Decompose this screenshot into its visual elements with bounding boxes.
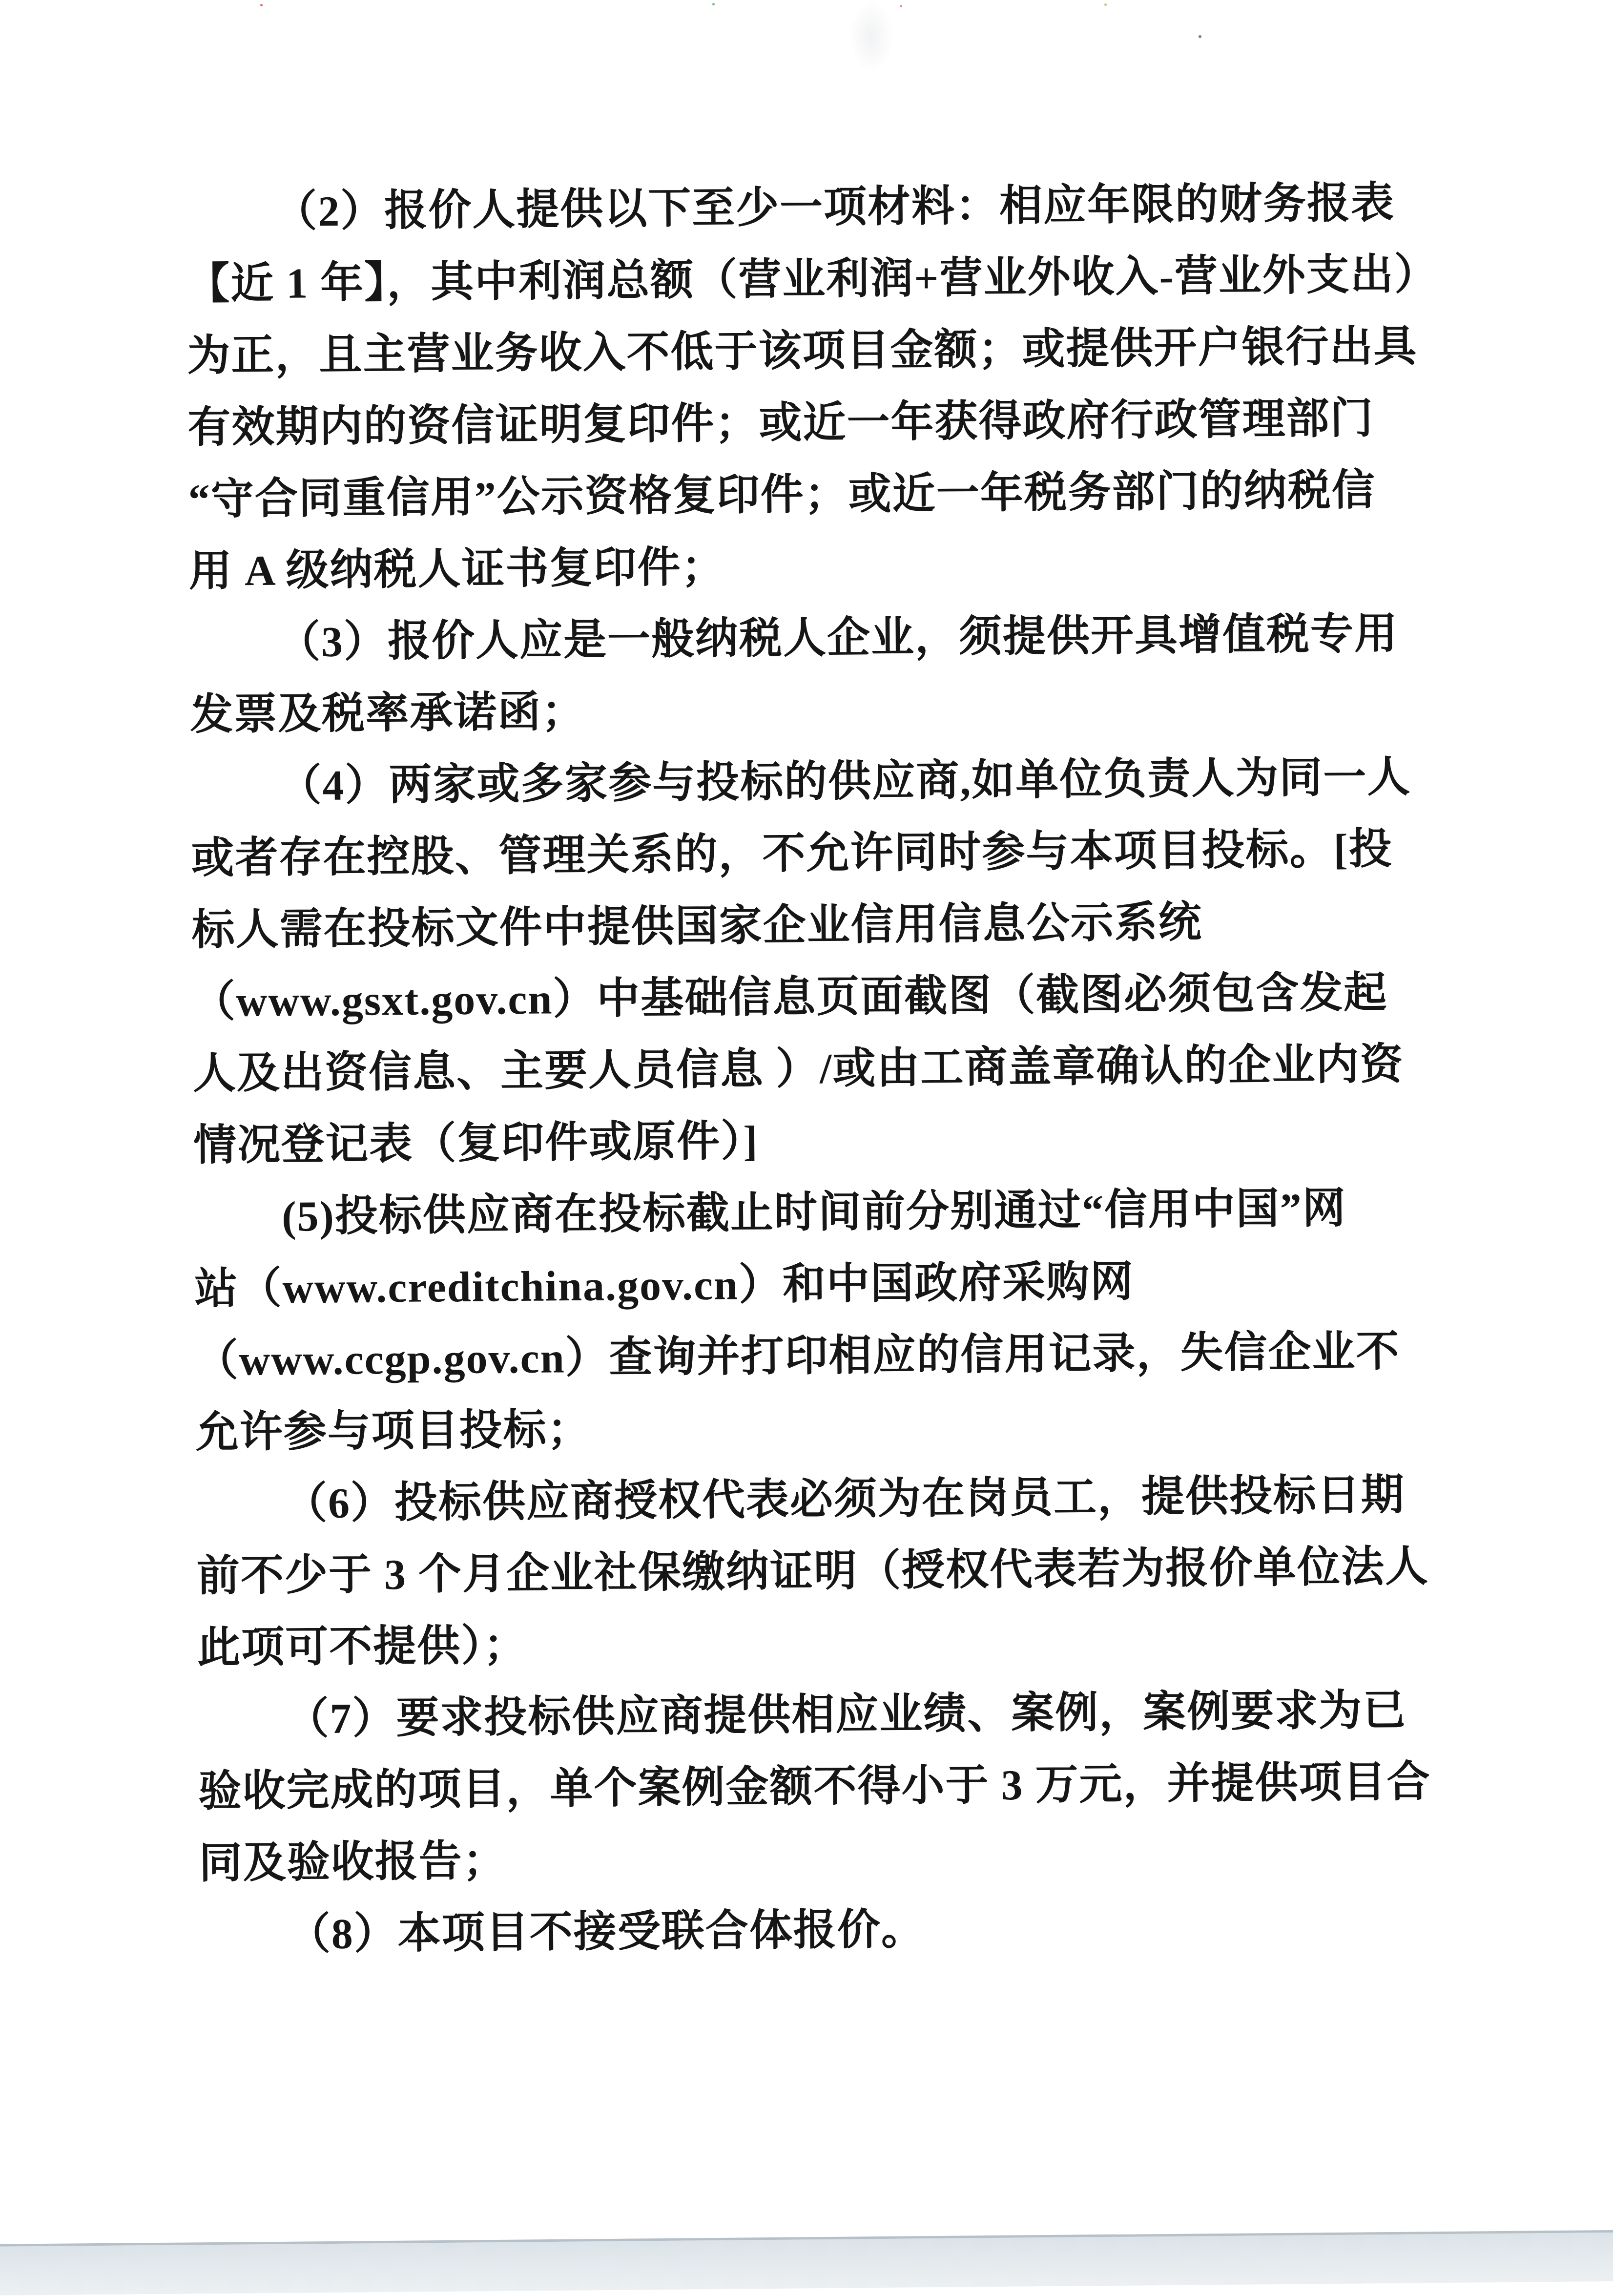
scan-speck (1199, 35, 1201, 38)
text-line: （www.gsxt.gov.cn）中基础信息页面截图（截图必须包含发起 (192, 957, 1462, 1038)
text-line: “守合同重信用”公示资格复印件；或近一年税务部门的纳税信 (188, 454, 1458, 536)
text-line: 站（www.creditchina.gov.cn）和中国政府采购网 (194, 1244, 1464, 1325)
text-line: 验收完成的项目，单个案例金额不得小于 3 万元，并提供项目合 (198, 1746, 1468, 1828)
text-line: （4）两家或多家参与投标的供应商,如单位负责人为同一人 (190, 741, 1460, 823)
text-line: 允许参与项目投标； (195, 1387, 1465, 1469)
page-edge-shadow (0, 2229, 1613, 2281)
text-line: （2）报价人提供以下至少一项材料：相应年限的财务报表 (186, 167, 1456, 249)
text-line: 情况登记表（复印件或原件）] (193, 1100, 1463, 1182)
scan-speck (712, 3, 715, 5)
text-line: 为正，且主营业务收入不低于该项目金额；或提供开户银行出具 (187, 311, 1457, 392)
text-line: （www.ccgp.gov.cn）查询并打印相应的信用记录，失信企业不 (195, 1315, 1465, 1397)
text-line: 同及验收报告； (199, 1818, 1468, 1899)
text-line: （7）要求投标供应商提供相应业绩、案例，案例要求为已 (198, 1674, 1468, 1756)
text-line: 标人需在投标文件中提供国家企业信用信息公示系统 (191, 885, 1461, 966)
text-line: 发票及税率承诺函； (190, 669, 1460, 751)
document-page: （2）报价人提供以下至少一项材料：相应年限的财务报表 【近 1 年】，其中利润总… (0, 0, 1613, 2281)
document-text: （2）报价人提供以下至少一项材料：相应年限的财务报表 【近 1 年】，其中利润总… (186, 167, 1469, 1971)
scan-speck (900, 5, 902, 7)
scan-speck (260, 4, 263, 6)
text-line: （8）本项目不接受联合体报价。 (199, 1890, 1469, 1971)
text-line: 【近 1 年】，其中利润总额（营业利润+营业外收入-营业外支出） (186, 239, 1456, 320)
text-line: 有效期内的资信证明复印件；或近一年获得政府行政管理部门 (187, 382, 1457, 464)
scan-speck (1104, 3, 1107, 6)
text-line: 用 A 级纳税人证书复印件； (188, 526, 1458, 607)
text-line: 前不少于 3 个月企业社保缴纳证明（授权代表若为报价单位法人 (197, 1531, 1467, 1612)
text-line: （3）报价人应是一般纳税人企业，须提供开具增值税专用 (189, 598, 1459, 679)
text-line: （6）投标供应商授权代表必须为在岗员工，提供投标日期 (196, 1459, 1466, 1541)
text-line: 人及出资信息、主要人员信息 ）/或由工商盖章确认的企业内资 (192, 1028, 1462, 1110)
text-line: 或者存在控股、管理关系的，不允许同时参与本项目投标。[投 (191, 813, 1461, 895)
text-line: 此项可不提供）； (197, 1603, 1467, 1684)
text-line: (5)投标供应商在投标截止时间前分别通过“信用中国”网 (194, 1172, 1464, 1253)
scan-smudge (849, 0, 893, 73)
